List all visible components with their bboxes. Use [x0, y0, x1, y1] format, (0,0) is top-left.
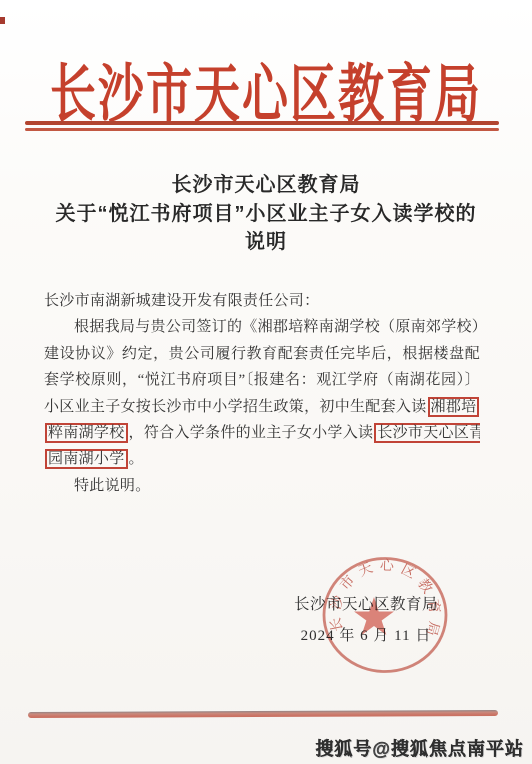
document-title: 长沙市天心区教育局 关于“悦江书府项目”小区业主子女入读学校的 说明 [20, 171, 512, 257]
signature-date: 2024 年 6 月 11 日 [288, 626, 444, 646]
highlighted-school-name: 粹南湖学校 [45, 423, 128, 443]
body-line: 粹南湖学校，符合入学条件的业主子女小学入读长沙市天心区青 [44, 420, 480, 446]
signature-block: 长沙市天心区教育局 2024 年 6 月 11 日 [288, 595, 444, 646]
body-text-segment: 小区业主子女按长沙市中小学招生政策，初中生配套入读 [44, 399, 427, 415]
letterhead-rule-thick [25, 121, 499, 125]
body-line: 根据我局与贵公司签订的《湘郡培粹南湖学校（原南郊学校） [44, 314, 480, 340]
highlighted-school-name: 长沙市天心区青 [374, 423, 480, 443]
signature-org-name: 长沙市天心区教育局 [288, 595, 444, 615]
body-line: 小区业主子女按长沙市中小学招生政策，初中生配套入读湘郡培 [44, 394, 480, 420]
scanned-document-page: 长沙市天心区教育局 长沙市天心区教育局 关于“悦江书府项目”小区业主子女入读学校… [0, 0, 532, 764]
body-text-segment: 。 [129, 451, 144, 467]
scan-artifact-mark [0, 17, 5, 24]
salutation-line: 长沙市南湖新城建设开发有限责任公司： [44, 288, 480, 314]
closing-line: 特此说明。 [44, 473, 480, 499]
document-title-line2: 关于“悦江书府项目”小区业主子女入读学校的 [20, 200, 512, 229]
body-line: 套学校原则，“悦江书府项目”〔报建名：观江学府（南湖花园）〕 [44, 367, 480, 393]
document-title-line1: 长沙市天心区教育局 [20, 171, 512, 200]
document-title-line3: 说明 [20, 228, 512, 257]
body-line: 建设协议》约定，贵公司履行教育配套责任完毕后，根据楼盘配 [44, 341, 480, 367]
body-line: 园南湖小学。 [44, 446, 480, 472]
bottom-scan-rule [28, 710, 498, 718]
highlighted-school-name: 湘郡培 [428, 397, 480, 417]
document-body: 长沙市南湖新城建设开发有限责任公司： 根据我局与贵公司签订的《湘郡培粹南湖学校（… [44, 288, 480, 499]
body-text-segment: ，符合入学条件的业主子女小学入读 [129, 425, 374, 441]
sohu-watermark: 搜狐号@搜狐焦点南平站 [315, 735, 524, 761]
letterhead-rule-thin [25, 128, 499, 131]
highlighted-school-name: 园南湖小学 [45, 449, 128, 469]
